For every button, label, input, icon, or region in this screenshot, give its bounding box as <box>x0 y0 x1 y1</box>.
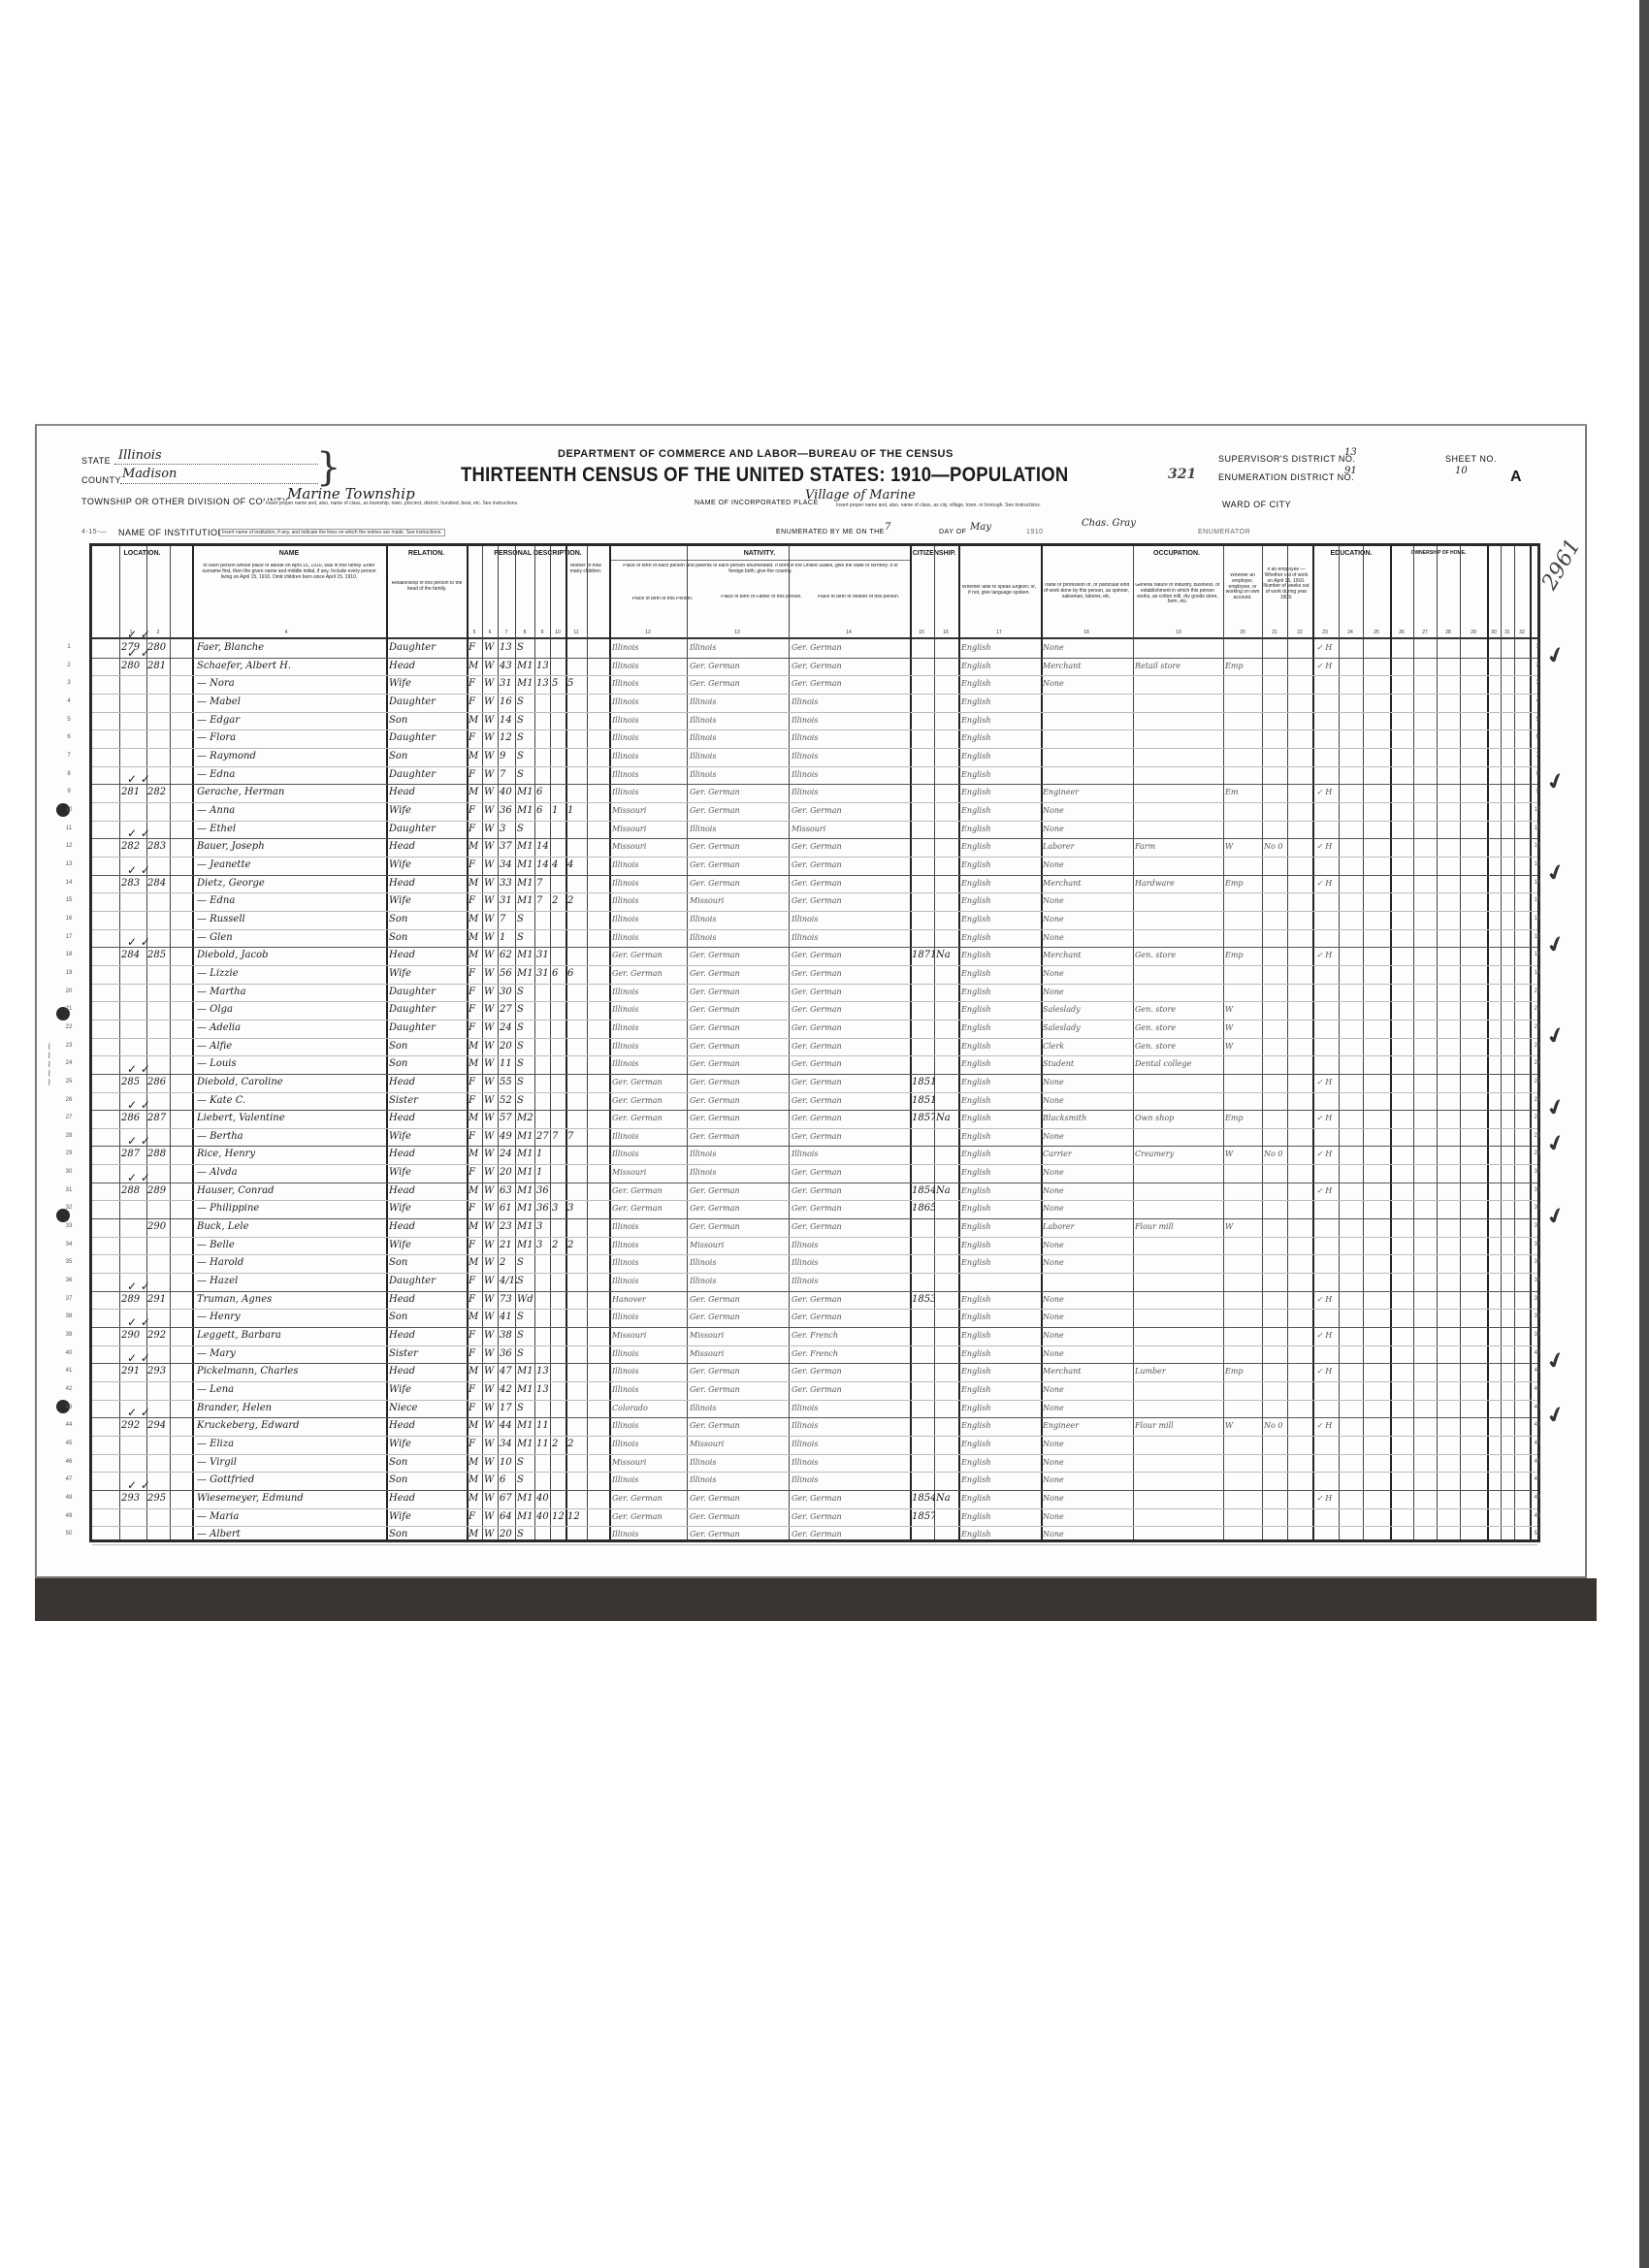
family-number: 285 <box>147 947 171 965</box>
children-born: 12 <box>552 1508 566 1527</box>
line-number: 25 <box>1532 1079 1543 1085</box>
birthplace-mother: Ger. German <box>792 675 908 694</box>
language: English <box>961 1291 1039 1310</box>
age: 1 <box>500 929 517 948</box>
relation: Son <box>389 1038 465 1056</box>
birthplace-mother: Ger. German <box>792 1381 908 1400</box>
line-number-left: 26 <box>63 1097 75 1103</box>
industry: Gen. store <box>1135 1038 1222 1056</box>
birthplace-mother: Ger. German <box>792 1164 908 1183</box>
line-number: 39 <box>1532 1332 1543 1338</box>
birthplace-mother: Missouri <box>792 821 908 839</box>
birthplace-father: Ger. German <box>690 802 787 821</box>
birthplace-person: Illinois <box>612 1526 686 1544</box>
marital-status: M1 <box>517 1381 534 1400</box>
incorporated-place-label: Name of incorporated place <box>695 500 819 506</box>
sex: F <box>469 1020 482 1038</box>
birthplace-person: Illinois <box>612 1273 686 1291</box>
industry-column-description: General nature of industry, business, or… <box>1134 583 1221 616</box>
line-number: 12 <box>1532 843 1543 849</box>
language: English <box>961 784 1039 802</box>
relation: Head <box>389 947 465 965</box>
age: 56 <box>500 965 517 984</box>
marital-status: M1 <box>517 892 534 911</box>
check-mark-icon: ✓ ✓ <box>127 646 150 660</box>
immigration-year: 1853 <box>912 1291 935 1310</box>
table-row: 293295Wiesemeyer, EdmundHeadMW67M140Ger.… <box>92 1490 1537 1508</box>
trade: None <box>1043 1490 1132 1508</box>
color: W <box>484 748 498 766</box>
table-row: — AlbertSonMW20SIllinoisGer. GermanGer. … <box>92 1526 1537 1544</box>
birthplace-father: Missouri <box>690 892 787 911</box>
children-living: 12 <box>567 1508 585 1527</box>
sex: M <box>469 1526 482 1544</box>
marital-status: M1 <box>517 1363 534 1381</box>
enumerated-month: May <box>970 522 991 533</box>
line-number-left: 5 <box>63 717 75 723</box>
birthplace-mother: Ger. German <box>792 1526 908 1544</box>
person-name: Brander, Helen <box>197 1400 383 1418</box>
birthplace-father: Illinois <box>690 821 787 839</box>
birthplace-mother: Ger. German <box>792 947 908 965</box>
birthplace-mother: Illinois <box>792 1454 908 1473</box>
age: 63 <box>500 1183 517 1201</box>
column-number: 8 <box>519 630 531 635</box>
birthplace-mother: Illinois <box>792 1273 908 1291</box>
birthplace-person: Illinois <box>612 1417 686 1436</box>
line-number: 45 <box>1532 1441 1543 1446</box>
line-number-left: 2 <box>63 663 75 668</box>
line-number: 47 <box>1532 1476 1543 1482</box>
language: English <box>961 1490 1039 1508</box>
relation: Daughter <box>389 1001 465 1020</box>
marital-status: M1 <box>517 1164 534 1183</box>
state-label: State <box>81 456 111 466</box>
line-number: 40 <box>1532 1350 1543 1356</box>
language: English <box>961 694 1039 712</box>
color: W <box>484 1146 498 1164</box>
age: 13 <box>500 639 517 658</box>
trade: None <box>1043 857 1132 875</box>
immigration-year: 1871 <box>912 947 935 965</box>
birthplace-father: Illinois <box>690 1454 787 1473</box>
dwelling-number: 289 <box>121 1291 145 1310</box>
table-row: — FloraDaughterFW12SIllinoisIllinoisIlli… <box>92 729 1537 748</box>
sex: F <box>469 965 482 984</box>
employer-status: Em <box>1225 784 1260 802</box>
birthplace-father: Missouri <box>690 1237 787 1255</box>
column-number: 28 <box>1442 630 1454 635</box>
sex: F <box>469 1092 482 1111</box>
birthplace-mother: Ger. German <box>792 1092 908 1111</box>
language: English <box>961 1381 1039 1400</box>
color: W <box>484 784 498 802</box>
color: W <box>484 1055 498 1074</box>
line-number: 11 <box>1532 826 1543 831</box>
trade: Saleslady <box>1043 1001 1132 1020</box>
marital-status: S <box>517 729 534 748</box>
col-group-relation: RELATION. <box>386 550 467 557</box>
table-row: — AlvdaWifeFW20M11MissouriIllinoisGer. G… <box>92 1164 1537 1183</box>
name-column-description: of each person whose place of abode on A… <box>199 564 379 624</box>
col-group-name: NAME <box>192 550 386 557</box>
birthplace-father: Ger. German <box>690 875 787 893</box>
birthplace-father: Ger. German <box>690 1526 787 1544</box>
marital-status: S <box>517 694 534 712</box>
relation: Son <box>389 1254 465 1273</box>
language: English <box>961 1218 1039 1237</box>
employer-status: Emp <box>1225 947 1260 965</box>
sex: F <box>469 639 482 658</box>
line-number: 46 <box>1532 1459 1543 1465</box>
relation: Wife <box>389 802 465 821</box>
line-number: 36 <box>1532 1278 1543 1283</box>
color: W <box>484 1074 498 1092</box>
birthplace-father: Ger. German <box>690 784 787 802</box>
years-married: 11 <box>536 1436 550 1454</box>
age: 41 <box>500 1309 517 1327</box>
sex: M <box>469 1472 482 1490</box>
relation: Son <box>389 1055 465 1074</box>
language: English <box>961 766 1039 785</box>
birthplace-mother: Ger. German <box>792 857 908 875</box>
marital-status: M1 <box>517 1417 534 1436</box>
sex: F <box>469 1327 482 1345</box>
person-name: Liebert, Valentine <box>197 1110 383 1128</box>
age: 2 <box>500 1254 517 1273</box>
sex: M <box>469 1417 482 1436</box>
marital-status: M1 <box>517 1183 534 1201</box>
birthplace-person: Illinois <box>612 729 686 748</box>
color: W <box>484 1273 498 1291</box>
birthplace-father: Ger. German <box>690 1092 787 1111</box>
person-name: — Alfie <box>197 1038 383 1056</box>
industry: Farm <box>1135 838 1222 857</box>
sex: M <box>469 929 482 948</box>
trade: None <box>1043 1092 1132 1111</box>
birthplace-father: Illinois <box>690 1254 787 1273</box>
age: 21 <box>500 1237 517 1255</box>
ward-label: Ward of city <box>1222 500 1291 509</box>
birthplace-father: Illinois <box>690 1472 787 1490</box>
line-number-left: 30 <box>63 1169 75 1175</box>
relation-column-description: Relationship of this person to the head … <box>391 581 463 610</box>
line-number-left: 6 <box>63 734 75 740</box>
department-heading: DEPARTMENT OF COMMERCE AND LABOR—BUREAU … <box>558 448 954 460</box>
color: W <box>484 1218 498 1237</box>
marital-status: S <box>517 984 534 1002</box>
person-name: — Albert <box>197 1526 383 1544</box>
table-row: — NoraWifeFW31M11355IllinoisGer. GermanG… <box>92 675 1537 694</box>
age: 62 <box>500 947 517 965</box>
education-mark: ✓ H <box>1316 639 1384 657</box>
birthplace-father: Ger. German <box>690 947 787 965</box>
birthplace-person: Illinois <box>612 748 686 766</box>
naturalization: Na <box>936 947 957 965</box>
birthplace-person: Illinois <box>612 1218 686 1237</box>
marital-status: S <box>517 1001 534 1020</box>
children-born: 1 <box>552 802 566 821</box>
line-number: 18 <box>1532 952 1543 957</box>
birthplace-mother: Illinois <box>792 729 908 748</box>
birthplace-mother: Ger. German <box>792 802 908 821</box>
age: 14 <box>500 712 517 730</box>
age: 38 <box>500 1327 517 1345</box>
institution-label: Name of institution <box>118 528 225 537</box>
day-of-label: day of <box>939 529 966 535</box>
line-number: 10 <box>1532 807 1543 813</box>
column-number: 16 <box>940 630 952 635</box>
trade: None <box>1043 929 1132 948</box>
birthplace-person: Illinois <box>612 658 686 676</box>
industry: Creamery <box>1135 1146 1222 1164</box>
table-row: 284285Diebold, JacobHeadMW62M131Ger. Ger… <box>92 947 1537 965</box>
sex: F <box>469 1345 482 1364</box>
trade: Engineer <box>1043 1417 1132 1436</box>
relation: Head <box>389 1074 465 1092</box>
years-married: 13 <box>536 1381 550 1400</box>
line-number-left: 3 <box>63 680 75 686</box>
line-number-left: 49 <box>63 1513 75 1519</box>
language: English <box>961 1128 1039 1147</box>
birthplace-person: Illinois <box>612 1020 686 1038</box>
line-number: 37 <box>1532 1296 1543 1302</box>
trade: Laborer <box>1043 1218 1132 1237</box>
column-number: 12 <box>642 630 654 635</box>
person-name: — Nora <box>197 675 383 694</box>
birthplace-father: Illinois <box>690 694 787 712</box>
birthplace-father: Ger. German <box>690 1218 787 1237</box>
relation: Wife <box>389 965 465 984</box>
dwelling-number: 280 <box>121 658 145 676</box>
birthplace-father: Ger. German <box>690 1381 787 1400</box>
education-mark: ✓ H <box>1316 1074 1384 1091</box>
color: W <box>484 947 498 965</box>
age: 24 <box>500 1020 517 1038</box>
person-name: Pickelmann, Charles <box>197 1363 383 1381</box>
age: 36 <box>500 802 517 821</box>
birthplace-mother: Ger. German <box>792 1074 908 1092</box>
person-name: Schaefer, Albert H. <box>197 658 383 676</box>
color: W <box>484 729 498 748</box>
age: 52 <box>500 1092 517 1111</box>
education-mark: ✓ H <box>1316 1327 1384 1345</box>
color: W <box>484 1110 498 1128</box>
col-group-education: EDUCATION. <box>1312 550 1390 557</box>
check-mark-icon: ✓ ✓ <box>127 772 150 786</box>
birthplace-mother: Ger. German <box>792 1110 908 1128</box>
check-mark-icon: ✓ ✓ <box>127 1406 150 1419</box>
birthplace-father: Ger. German <box>690 675 787 694</box>
family-number: 281 <box>147 658 171 676</box>
birthplace-person: Illinois <box>612 1345 686 1364</box>
relation: Daughter <box>389 984 465 1002</box>
relation: Head <box>389 1183 465 1201</box>
line-number: 6 <box>1532 734 1543 740</box>
years-married: 1 <box>536 1146 550 1164</box>
years-married: 40 <box>536 1508 550 1527</box>
table-row: 291293Pickelmann, CharlesHeadMW47M113Ill… <box>92 1363 1537 1381</box>
language: English <box>961 821 1039 839</box>
line-number-left: 18 <box>63 952 75 957</box>
marital-status: S <box>517 1254 534 1273</box>
out-of-work: No 0 <box>1264 1146 1310 1164</box>
marital-status: M1 <box>517 675 534 694</box>
industry: Lumber <box>1135 1363 1222 1381</box>
person-name: — Edna <box>197 892 383 911</box>
birthplace-mother: Ger. German <box>792 1291 908 1310</box>
birthplace-father: Illinois <box>690 929 787 948</box>
line-number-left: 28 <box>63 1133 75 1139</box>
marital-status: S <box>517 639 534 658</box>
color: W <box>484 929 498 948</box>
column-number: 4 <box>280 630 292 635</box>
color: W <box>484 639 498 658</box>
color: W <box>484 857 498 875</box>
employer-status: Emp <box>1225 875 1260 893</box>
relation: Daughter <box>389 729 465 748</box>
table-row: — RussellSonMW7SIllinoisIllinoisIllinois… <box>92 911 1537 929</box>
family-number: 290 <box>147 1218 171 1237</box>
color: W <box>484 1327 498 1345</box>
table-row: — BelleWifeFW21M1322IllinoisMissouriIlli… <box>92 1237 1537 1255</box>
language: English <box>961 1200 1039 1218</box>
enumerated-year: 1910 <box>1026 529 1044 535</box>
relation: Wife <box>389 1128 465 1147</box>
dwelling-number: 284 <box>121 947 145 965</box>
enumerator-signature: Chas. Gray <box>1082 518 1136 529</box>
relation: Daughter <box>389 1020 465 1038</box>
trade: None <box>1043 1309 1132 1327</box>
person-name: — Glen <box>197 929 383 948</box>
marital-status: S <box>517 1273 534 1291</box>
education-mark: ✓ H <box>1316 1490 1384 1507</box>
line-number-left: 32 <box>63 1205 75 1211</box>
marital-status: M1 <box>517 1490 534 1508</box>
table-row: — EdnaWifeFW31M1722IllinoisMissouriGer. … <box>92 892 1537 911</box>
line-number: 4 <box>1532 698 1543 704</box>
education-mark: ✓ H <box>1316 947 1384 964</box>
sex: F <box>469 1273 482 1291</box>
family-number: 282 <box>147 784 171 802</box>
color: W <box>484 1092 498 1111</box>
immigration-year: 1854 <box>912 1183 935 1201</box>
line-number: 7 <box>1532 753 1543 759</box>
person-name: — Flora <box>197 729 383 748</box>
column-number: 7 <box>501 630 512 635</box>
children-born: 6 <box>552 965 566 984</box>
birthplace-mother: Illinois <box>792 1417 908 1436</box>
marital-status: M1 <box>517 658 534 676</box>
enumerated-label: Enumerated by me on the <box>776 529 885 535</box>
years-married: 36 <box>536 1200 550 1218</box>
age: 20 <box>500 1164 517 1183</box>
person-name: — Harold <box>197 1254 383 1273</box>
birthplace-mother: Ger. German <box>792 639 908 658</box>
person-name: — Philippine <box>197 1200 383 1218</box>
color: W <box>484 875 498 893</box>
color: W <box>484 1490 498 1508</box>
sex: M <box>469 1218 482 1237</box>
line-number-left: 4 <box>63 698 75 704</box>
line-number: 1 <box>1532 644 1543 650</box>
line-number: 13 <box>1532 861 1543 867</box>
color: W <box>484 1020 498 1038</box>
color: W <box>484 675 498 694</box>
person-name: Truman, Agnes <box>197 1291 383 1310</box>
line-number-left: 46 <box>63 1459 75 1465</box>
line-number: 2 <box>1532 663 1543 668</box>
sex: M <box>469 1454 482 1473</box>
relation: Head <box>389 1110 465 1128</box>
person-name: — Mabel <box>197 694 383 712</box>
sex: M <box>469 911 482 929</box>
birthplace-person: Illinois <box>612 911 686 929</box>
table-row: — LenaWifeFW42M113IllinoisGer. GermanGer… <box>92 1381 1537 1400</box>
dwelling-number: 288 <box>121 1183 145 1201</box>
line-number-left: 27 <box>63 1115 75 1120</box>
column-number: 14 <box>843 630 855 635</box>
table-row: 281282Gerache, HermanHeadMW40M16Illinois… <box>92 784 1537 802</box>
language: English <box>961 1237 1039 1255</box>
language: English <box>961 1146 1039 1164</box>
color: W <box>484 1436 498 1454</box>
birthplace-person: Illinois <box>612 1055 686 1074</box>
person-name: — Virgil <box>197 1454 383 1473</box>
birthplace-person: Missouri <box>612 821 686 839</box>
column-number: 24 <box>1344 630 1356 635</box>
age: 23 <box>500 1218 517 1237</box>
line-number-left: 33 <box>63 1223 75 1229</box>
line-number-left: 10 <box>63 807 75 813</box>
birthplace-father: Ger. German <box>690 984 787 1002</box>
sex: F <box>469 694 482 712</box>
birthplace-father: Illinois <box>690 712 787 730</box>
incorporated-place-instruction: Insert proper name and, also, name of cl… <box>834 502 1043 508</box>
line-number: 28 <box>1532 1133 1543 1139</box>
immigration-year: 1865 <box>912 1200 935 1218</box>
marital-status: M1 <box>517 1436 534 1454</box>
table-row: — EthelDaughterFW3SMissouriIllinoisMisso… <box>92 821 1537 839</box>
relation: Head <box>389 658 465 676</box>
trade: None <box>1043 1237 1132 1255</box>
marital-status: S <box>517 1038 534 1056</box>
color: W <box>484 892 498 911</box>
table-row: 290Buck, LeleHeadMW23M13IllinoisGer. Ger… <box>92 1218 1537 1237</box>
trade: Merchant <box>1043 875 1132 893</box>
relation: Head <box>389 838 465 857</box>
line-number: 48 <box>1532 1495 1543 1501</box>
line-number: 19 <box>1532 970 1543 976</box>
age: 73 <box>500 1291 517 1310</box>
check-mark-icon: ✓ ✓ <box>127 1062 150 1076</box>
column-number: 20 <box>1237 630 1248 635</box>
county-label: County <box>81 475 121 485</box>
birthplace-mother: Ger. French <box>792 1327 908 1345</box>
birthplace-father: Ger. German <box>690 857 787 875</box>
line-number: 38 <box>1532 1313 1543 1319</box>
line-number: 3 <box>1532 680 1543 686</box>
color: W <box>484 965 498 984</box>
birthplace-father: Ger. German <box>690 1490 787 1508</box>
age: 17 <box>500 1400 517 1418</box>
marital-status: M1 <box>517 1237 534 1255</box>
immigration-year: 1851 <box>912 1074 935 1092</box>
years-married: 36 <box>536 1183 550 1201</box>
years-married: 1 <box>536 1164 550 1183</box>
birthplace-father: Illinois <box>690 729 787 748</box>
person-name: — Henry <box>197 1309 383 1327</box>
